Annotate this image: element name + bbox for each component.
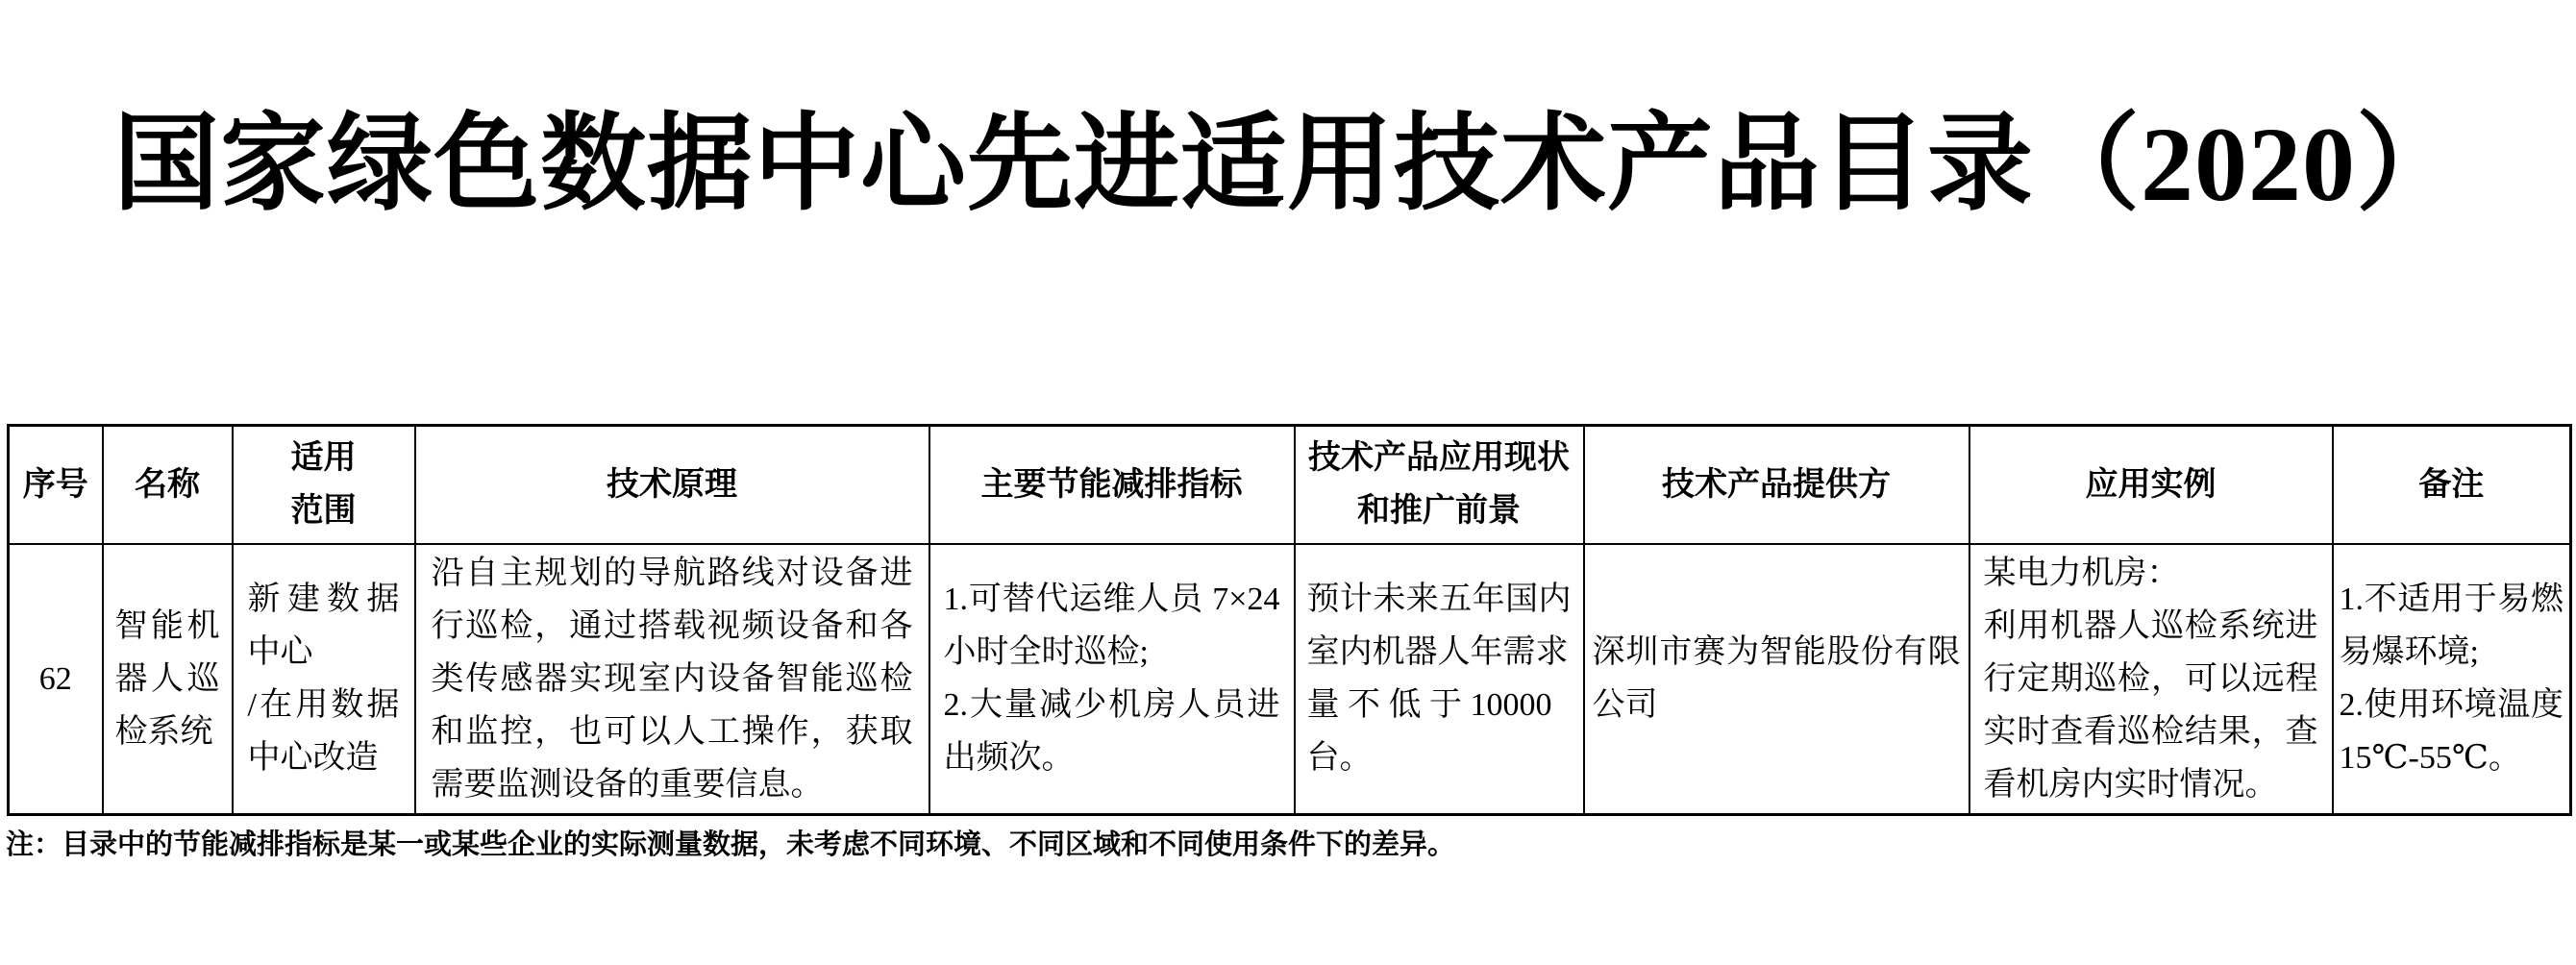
cell-status-prospect: 预计未来五年国内室内机器人年需求 量 不 低 于 10000 台。	[1295, 544, 1584, 815]
cell-serial: 62	[9, 544, 103, 815]
cell-indicators: 1.可替代运维人员 7×24 小时全时巡检; 2.大量减少机房人员进出频次。	[929, 544, 1295, 815]
col-header-indicators: 主要节能减排指标	[929, 426, 1295, 544]
col-header-status: 技术产品应用现状 和推广前景	[1295, 426, 1584, 544]
col-header-application: 应用实例	[1969, 426, 2333, 544]
col-header-remarks: 备注	[2333, 426, 2571, 544]
cell-name: 智能机器人巡检系统	[103, 544, 233, 815]
col-header-provider: 技术产品提供方	[1584, 426, 1969, 544]
cell-remarks: 1.不适用于易燃易爆环境; 2.使用环境温度15℃-55℃。	[2333, 544, 2571, 815]
cell-application: 某电力机房： 利用机器人巡检系统进行定期巡检，可以远程实时查看巡检结果，查看机房…	[1969, 544, 2333, 815]
cell-principle: 沿自主规划的导航路线对设备进行巡检，通过搭载视频设备和各类传感器实现室内设备智能…	[415, 544, 929, 815]
catalog-table: 序号 名称 适用 范围 技术原理 主要节能减排指标 技术产品应用现状 和推广前景…	[7, 424, 2572, 816]
cell-provider: 深圳市赛为智能股份有限公司	[1584, 544, 1969, 815]
footnote: 注：目录中的节能减排指标是某一或某些企业的实际测量数据，未考虑不同环境、不同区域…	[6, 825, 2505, 865]
page-title: 国家绿色数据中心先进适用技术产品目录（2020）	[38, 96, 2538, 234]
table-row: 62 智能机器人巡检系统 新建数据中心 /在用数据中心改造 沿自主规划的导航路线…	[9, 544, 2571, 815]
col-header-name: 名称	[103, 426, 233, 544]
col-header-scope: 适用 范围	[233, 426, 415, 544]
cell-scope: 新建数据中心 /在用数据中心改造	[233, 544, 415, 815]
col-header-principle: 技术原理	[415, 426, 929, 544]
col-header-serial: 序号	[9, 426, 103, 544]
table-header-row: 序号 名称 适用 范围 技术原理 主要节能减排指标 技术产品应用现状 和推广前景…	[9, 426, 2571, 544]
